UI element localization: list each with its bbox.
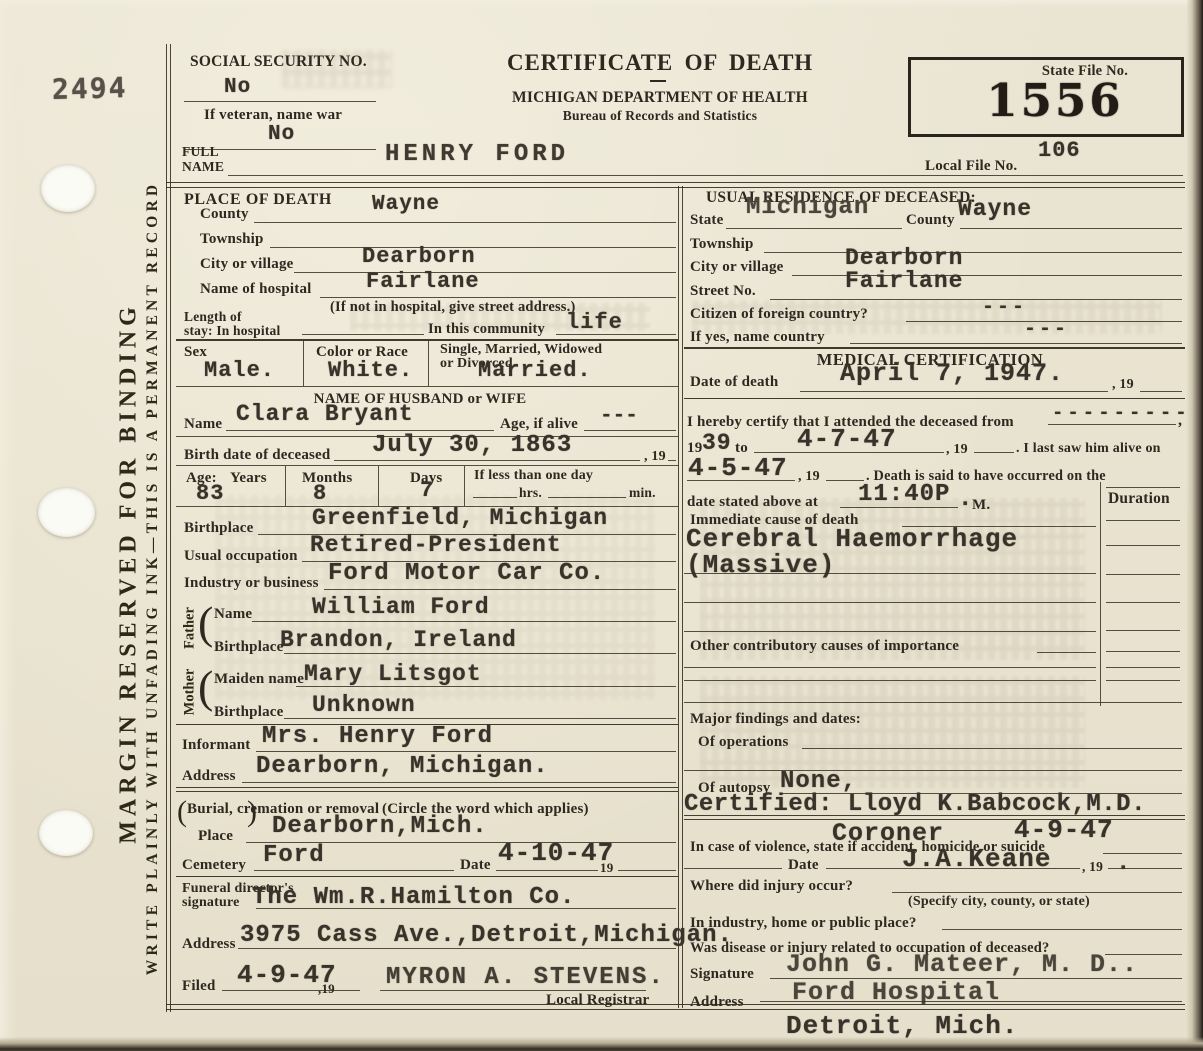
last-saw-text: . I last saw him alive on xyxy=(1016,441,1161,457)
punch-hole xyxy=(38,488,95,537)
year-suffix: , 19 xyxy=(798,469,820,485)
race-value: White. xyxy=(328,358,413,383)
full-name-label: FULL xyxy=(182,144,219,160)
residence-county-value: Wayne xyxy=(958,196,1032,222)
field-underline xyxy=(548,497,626,498)
marital-value: Married. xyxy=(478,358,592,383)
mother-birthplace-label: Birthplace xyxy=(214,704,284,721)
less-day-label: If less than one day xyxy=(474,468,593,484)
date-of-death-value: April 7, 1947. xyxy=(840,359,1064,388)
field-underline xyxy=(1140,391,1182,392)
punch-hole xyxy=(39,810,93,856)
attended-from-value: --------- xyxy=(1052,402,1191,424)
field-underline xyxy=(687,480,795,481)
violence-dot: . xyxy=(1116,850,1131,877)
death-certificate-scan: 2494 MARGIN RESERVED FOR BINDING WRITE P… xyxy=(0,0,1203,1051)
injury-place-label: In industry, home or public place? xyxy=(690,915,917,932)
field-underline xyxy=(256,751,676,752)
burial-place-label: Place xyxy=(198,828,233,845)
row-divider xyxy=(176,386,678,387)
attended-to-value: 4-7-47 xyxy=(797,424,897,454)
bleedthrough-artifact xyxy=(700,676,1085,788)
m-label: M. xyxy=(972,497,990,514)
field-underline xyxy=(294,272,676,273)
burial-place-value: Dearborn,Mich. xyxy=(272,813,488,840)
cell-divider xyxy=(428,341,429,386)
burial-paren-open: ( xyxy=(177,795,187,829)
duration-line xyxy=(1106,602,1180,603)
field-underline xyxy=(254,870,454,871)
field-underline xyxy=(800,391,1108,392)
field-underline xyxy=(334,460,640,461)
field-underline xyxy=(684,868,782,869)
date-stated-label: date stated above at xyxy=(687,494,818,511)
veteran-label: If veteran, name war xyxy=(204,107,342,124)
duration-line xyxy=(1106,680,1180,681)
section-divider xyxy=(684,347,1185,349)
local-file-label: Local File No. xyxy=(925,158,1017,175)
field-underline xyxy=(974,452,1014,453)
physician-address2-value: Detroit, Mich. xyxy=(786,1011,1018,1041)
duration-line xyxy=(1106,630,1180,631)
informant-address-label: Address xyxy=(182,768,236,785)
duration-column-divider xyxy=(1100,482,1101,706)
paper-edge-right xyxy=(1186,0,1203,1051)
mother-birthplace-value: Unknown xyxy=(312,692,416,718)
field-underline xyxy=(320,297,676,298)
informant-address-value: Dearborn, Michigan. xyxy=(256,753,549,780)
local-file-number: 106 xyxy=(1038,138,1081,163)
cause-line xyxy=(684,631,1096,632)
father-brace: ( xyxy=(198,596,213,649)
father-name-label: Name xyxy=(214,606,252,623)
min-label: min. xyxy=(629,485,656,501)
field-underline xyxy=(254,222,676,223)
father-group-label: Father xyxy=(182,607,199,649)
field-underline xyxy=(324,589,676,590)
field-underline xyxy=(802,748,1182,749)
director-label2: signature xyxy=(182,895,240,911)
duration-line xyxy=(1106,574,1180,575)
field-underline xyxy=(618,870,676,871)
birthplace-label: Birthplace xyxy=(184,520,254,537)
field-underline xyxy=(942,929,1182,930)
row-divider xyxy=(684,398,1185,399)
field-underline xyxy=(1048,424,1176,425)
cell-divider xyxy=(285,466,286,506)
residence-county-label: County xyxy=(906,212,955,229)
field-underline xyxy=(764,252,1182,253)
residence-township-label: Township xyxy=(690,236,754,253)
field-underline xyxy=(770,299,1182,300)
cause-line xyxy=(684,680,1096,681)
sex-value: Male. xyxy=(204,358,275,383)
paper-edge-left xyxy=(0,0,16,1051)
father-birthplace-value: Brandon, Ireland xyxy=(280,627,517,653)
country-value: --- xyxy=(1024,318,1069,341)
title-dash xyxy=(650,80,666,82)
stay-label2: stay: In hospital xyxy=(184,323,280,339)
cause-line xyxy=(684,702,1182,703)
filed-label: Filed xyxy=(182,978,216,995)
spouse-name-label: Name xyxy=(184,416,222,433)
physician-signature-value: John G. Mateer, M. D.. xyxy=(786,950,1138,979)
cemetery-label: Cemetery xyxy=(182,857,246,874)
field-underline xyxy=(668,460,676,461)
year-19: 19 xyxy=(600,860,613,876)
field-underline xyxy=(284,653,676,654)
field-underline xyxy=(252,621,676,622)
ssn-value: No xyxy=(224,76,251,99)
field-underline xyxy=(496,870,598,871)
community-value: life xyxy=(566,310,623,335)
industry-label: Industry or business xyxy=(184,575,319,592)
field-underline xyxy=(726,228,902,229)
field-underline xyxy=(302,334,424,335)
field-underline xyxy=(380,990,646,991)
field-underline xyxy=(556,334,676,335)
year-suffix: , 19 xyxy=(1082,859,1103,875)
residence-city-label: City or village xyxy=(690,259,784,276)
county-label: County xyxy=(200,206,249,223)
country-label: If yes, name country xyxy=(690,329,825,346)
duration-line xyxy=(1106,520,1180,521)
birth-date-value: July 30, 1863 xyxy=(372,432,572,459)
informant-label: Informant xyxy=(182,737,250,754)
injury-where-label: Where did injury occur? xyxy=(690,878,853,895)
field-underline xyxy=(850,343,1182,344)
field-underline xyxy=(840,507,958,508)
registrar-label: Local Registrar xyxy=(546,992,649,1009)
residence-state-label: State xyxy=(690,212,724,229)
mother-brace: ( xyxy=(198,660,213,713)
cause-line xyxy=(684,667,1096,668)
cell-divider xyxy=(464,466,465,506)
community-label: In this community xyxy=(428,321,545,338)
filed-year-suffix: ,19 xyxy=(318,981,335,997)
residence-state-value: Michigan xyxy=(746,194,869,221)
duration-line xyxy=(1106,487,1180,488)
father-name-value: William Ford xyxy=(312,594,490,620)
punch-hole xyxy=(41,165,95,212)
duration-line xyxy=(1106,651,1180,652)
field-underline xyxy=(242,782,676,783)
section-divider xyxy=(176,787,678,792)
field-underline xyxy=(960,228,1182,229)
registrar-name-value: MYRON A. STEVENS. xyxy=(386,964,665,991)
physician-address-label: Address xyxy=(690,994,744,1011)
burial-date-value: 4-10-47 xyxy=(498,838,614,868)
paper-edge-bottom xyxy=(0,1037,1203,1051)
director-value: The Wm.R.Hamilton Co. xyxy=(252,884,575,911)
paper-edge-top xyxy=(0,0,1203,8)
section-divider xyxy=(176,339,678,341)
field-underline xyxy=(584,430,676,431)
blank-line xyxy=(684,770,1182,771)
full-name-label2: NAME xyxy=(182,159,224,175)
hospital-value: Fairlane xyxy=(366,269,480,294)
years-label: Years xyxy=(230,470,267,487)
duration-header: Duration xyxy=(1108,490,1170,508)
row-divider xyxy=(176,465,678,466)
immediate-cause-value2: (Massive) xyxy=(686,550,835,580)
field-underline xyxy=(228,175,1183,176)
field-underline xyxy=(184,101,376,102)
veteran-value: No xyxy=(268,123,295,146)
birth-date-label: Birth date of deceased xyxy=(184,447,330,464)
cause-line xyxy=(684,602,1096,603)
city-value: Dearborn xyxy=(362,244,476,269)
citizen-label: Citizen of foreign country? xyxy=(690,306,868,323)
months-value: 8 xyxy=(313,481,327,506)
hospital-note: (If not in hospital, give street address… xyxy=(330,299,576,316)
cause-line xyxy=(684,573,1096,574)
field-underline xyxy=(226,430,494,431)
city-label: City or village xyxy=(200,256,294,273)
cell-divider xyxy=(378,466,379,506)
field-underline xyxy=(473,497,517,498)
hrs-label: hrs. xyxy=(519,485,542,501)
violence-name-value: J.A.Keane xyxy=(902,844,1051,874)
year-suffix: , 19 xyxy=(644,449,666,465)
duration-line xyxy=(1106,545,1180,546)
burial-date-label: Date xyxy=(460,857,491,874)
certificate-title: CERTIFICATE OF DEATH xyxy=(440,50,880,76)
state-file-number: 1556 xyxy=(955,74,1155,127)
mother-group-label: Mother xyxy=(182,669,199,716)
duration-line xyxy=(1106,667,1180,668)
ssn-label: SOCIAL SECURITY NO. xyxy=(190,53,367,71)
field-underline xyxy=(1037,652,1096,653)
bureau-name: Bureau of Records and Statistics xyxy=(440,108,880,124)
hospital-label: Name of hospital xyxy=(200,281,312,298)
contributory-label: Other contributory causes of importance xyxy=(690,638,959,655)
cell-divider xyxy=(303,341,304,386)
funeral-address-label: Address xyxy=(182,936,236,953)
field-underline xyxy=(296,686,676,687)
full-name-value: HENRY FORD xyxy=(385,141,569,168)
field-underline xyxy=(222,990,360,991)
form-left-border xyxy=(166,44,171,1012)
header-divider xyxy=(166,182,1185,188)
death-time-value: 11:40P xyxy=(858,481,950,508)
spouse-name-value: Clara Bryant xyxy=(236,401,414,427)
field-underline xyxy=(892,892,1182,893)
birthplace-value: Greenfield, Michigan xyxy=(312,505,608,531)
form-bottom-border xyxy=(166,1004,1185,1010)
field-underline xyxy=(284,718,676,719)
industry-value: Ford Motor Car Co. xyxy=(328,560,605,587)
county-value: Wayne xyxy=(372,193,440,216)
mother-name-value: Mary Litsgot xyxy=(304,661,482,687)
cemetery-value: Ford xyxy=(263,842,325,869)
physician-signature-label: Signature xyxy=(690,966,754,983)
field-underline xyxy=(1103,853,1182,854)
date-of-death-label: Date of death xyxy=(690,374,778,391)
comma: , xyxy=(1178,412,1182,430)
certified-line-value: Certified: Lloyd K.Babcock,M.D. xyxy=(684,791,1146,818)
years-value: 83 xyxy=(196,481,224,506)
spouse-age-label: Age, if alive xyxy=(500,416,578,433)
field-underline xyxy=(1108,868,1182,869)
township-label: Township xyxy=(200,231,264,248)
father-birthplace-label: Birthplace xyxy=(214,639,284,656)
mother-name-label: Maiden name xyxy=(214,671,304,688)
burial-paren-close: ) xyxy=(247,795,257,829)
violence-date-label: Date xyxy=(788,857,819,874)
informant-value: Mrs. Henry Ford xyxy=(262,723,493,750)
column-divider xyxy=(678,186,683,1008)
injury-specify-note: (Specify city, county, or state) xyxy=(908,894,1090,910)
department-name: MICHIGAN DEPARTMENT OF HEALTH xyxy=(440,89,880,107)
days-value: 7 xyxy=(420,478,434,503)
operations-label: Of operations xyxy=(698,734,789,751)
physician-address-value: Ford Hospital xyxy=(792,978,1000,1007)
year-suffix: , 19 xyxy=(946,442,968,458)
permanent-record-note: WRITE PLAINLY WITH UNFADING INK—THIS IS … xyxy=(144,181,162,976)
street-value: Fairlane xyxy=(845,268,963,294)
citizen-value: --- xyxy=(982,296,1027,319)
year-suffix: , 19 xyxy=(1112,377,1134,393)
binding-margin-note: MARGIN RESERVED FOR BINDING xyxy=(116,302,143,844)
street-label: Street No. xyxy=(690,283,756,300)
funeral-address-value: 3975 Cass Ave.,Detroit,Michigan. xyxy=(240,922,733,949)
findings-label: Major findings and dates: xyxy=(690,711,861,728)
occupation-value: Retired-President xyxy=(310,532,562,558)
section-divider xyxy=(176,876,678,877)
scan-number: 2494 xyxy=(52,71,128,106)
spouse-age-value: --- xyxy=(600,405,638,428)
field-underline xyxy=(760,1001,1182,1002)
last-alive-value: 4-5-47 xyxy=(688,453,788,483)
field-underline xyxy=(238,948,676,949)
occupation-label: Usual occupation xyxy=(184,548,298,565)
field-underline xyxy=(256,908,676,909)
